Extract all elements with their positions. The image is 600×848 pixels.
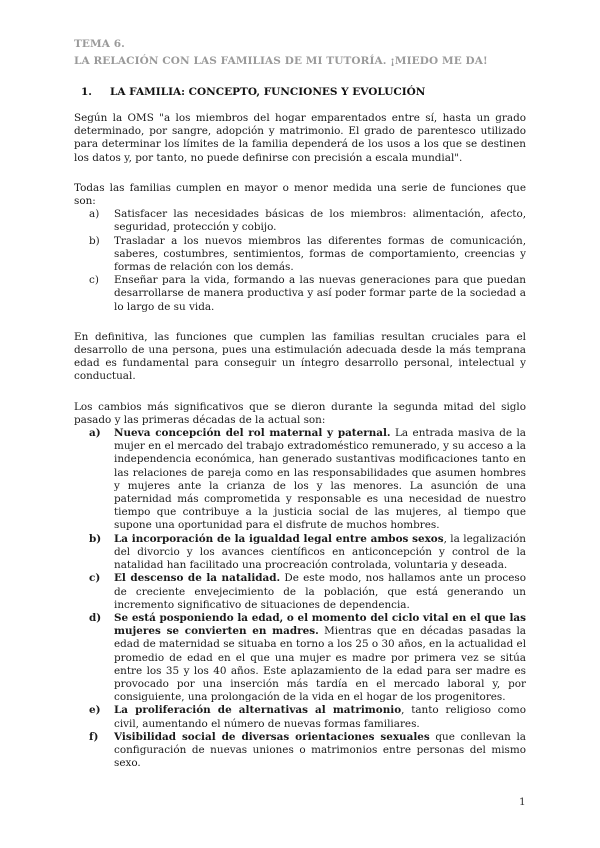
header-topic: TEMA 6. [74,36,526,53]
list-item: e)La proliferación de alternativas al ma… [74,704,526,730]
list-item-emphasis: La proliferación de alternativas al matr… [114,704,401,716]
list-marker: d) [89,612,101,625]
page-number: 1 [519,796,526,808]
list-marker: c) [89,274,99,287]
section-title: LA FAMILIA: CONCEPTO, FUNCIONES Y EVOLUC… [110,86,425,98]
list-item-emphasis: El descenso de la natalidad. [114,572,280,584]
paragraph-oms: Según la OMS "a los miembros del hogar e… [74,112,526,165]
list-item-emphasis: Visibilidad social de diversas orientaci… [114,731,430,743]
funciones-list: a)Satisfacer las necesidades básicas de … [74,208,526,314]
paragraph-cambios-intro: Los cambios más significativos que se di… [74,401,526,427]
list-item: d)Se está posponiendo la edad, o el mome… [74,612,526,704]
header-title: LA RELACIÓN CON LAS FAMILIAS DE MI TUTOR… [74,53,526,70]
list-item-text: La entrada masiva de la mujer en el merc… [114,427,526,531]
list-item: b)La incorporación de la igualdad legal … [74,533,526,573]
list-item-emphasis: Nueva concepción del rol maternal y pate… [114,427,391,439]
list-item: a)Satisfacer las necesidades básicas de … [74,208,526,234]
list-item: f)Visibilidad social de diversas orienta… [74,731,526,771]
list-item: c)El descenso de la natalidad. De este m… [74,572,526,612]
list-item: c)Enseñar para la vida, formando a las n… [74,274,526,314]
list-item: a)Nueva concepción del rol maternal y pa… [74,427,526,533]
list-marker: f) [89,731,98,744]
list-item-emphasis: La incorporación de la igualdad legal en… [114,533,444,545]
cambios-list: a)Nueva concepción del rol maternal y pa… [74,427,526,770]
list-item: b)Trasladar a los nuevos miembros las di… [74,235,526,275]
list-item-text: Trasladar a los nuevos miembros las dife… [114,235,526,273]
list-marker: b) [89,235,100,248]
section-heading: 1.LA FAMILIA: CONCEPTO, FUNCIONES Y EVOL… [81,85,526,99]
list-item-text: Enseñar para la vida, formando a las nue… [114,274,526,312]
list-marker: a) [89,427,101,440]
list-marker: c) [89,572,100,585]
document-page: TEMA 6. LA RELACIÓN CON LAS FAMILIAS DE … [74,36,526,770]
paragraph-funciones-intro: Todas las familias cumplen en mayor o me… [74,182,526,208]
section-number: 1. [81,85,110,99]
list-marker: e) [89,704,101,717]
list-item-text: Satisfacer las necesidades básicas de lo… [114,208,526,233]
list-marker: a) [89,208,99,221]
list-marker: b) [89,533,101,546]
paragraph-definitiva: En definitiva, las funciones que cumplen… [74,331,526,384]
